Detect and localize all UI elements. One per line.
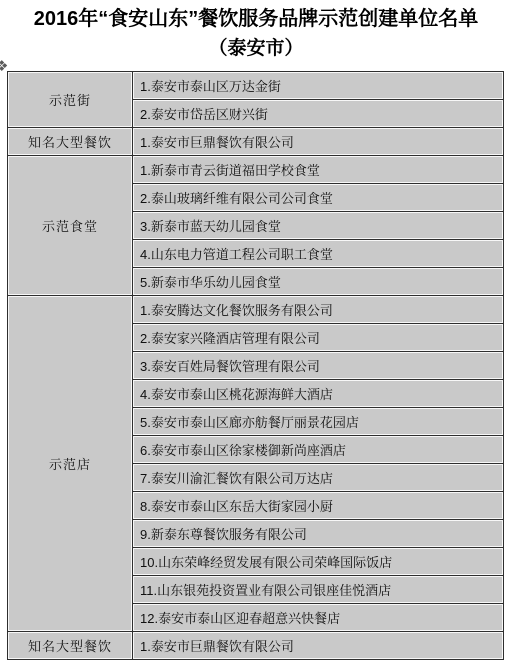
unit-cell: 2.泰山玻璃纤维有限公司公司食堂 [133, 184, 504, 212]
unit-cell: 3.泰安百姓局餐饮管理有限公司 [133, 352, 504, 380]
units-table: 示范街1.泰安市泰山区万达金街2.泰安市岱岳区财兴街知名大型餐饮1.泰安市巨鼎餐… [7, 71, 504, 660]
unit-cell: 2.泰安市岱岳区财兴街 [133, 100, 504, 128]
table-row: 知名大型餐饮1.泰安市巨鼎餐饮有限公司 [8, 632, 504, 660]
unit-cell: 4.泰安市泰山区桃花源海鲜大酒店 [133, 380, 504, 408]
unit-cell: 1.泰安市巨鼎餐饮有限公司 [133, 128, 504, 156]
unit-cell: 5.泰安市泰山区廊亦舫餐厅丽景花园店 [133, 408, 504, 436]
unit-cell: 7.泰安川渝汇餐饮有限公司万达店 [133, 464, 504, 492]
category-cell: 示范店 [8, 296, 133, 632]
unit-cell: 5.新泰市华乐幼儿园食堂 [133, 268, 504, 296]
unit-cell: 1.新泰市青云街道福田学校食堂 [133, 156, 504, 184]
category-cell: 示范食堂 [8, 156, 133, 296]
table-row: 示范街1.泰安市泰山区万达金街 [8, 72, 504, 100]
page-subtitle: （泰安市） [0, 36, 512, 62]
table-row: 示范食堂1.新泰市青云街道福田学校食堂 [8, 156, 504, 184]
unit-cell: 1.泰安市泰山区万达金街 [133, 72, 504, 100]
unit-cell: 6.泰安市泰山区徐家楼御新尚座酒店 [133, 436, 504, 464]
table-row: 知名大型餐饮1.泰安市巨鼎餐饮有限公司 [8, 128, 504, 156]
units-table-body: 示范街1.泰安市泰山区万达金街2.泰安市岱岳区财兴街知名大型餐饮1.泰安市巨鼎餐… [8, 72, 504, 660]
unit-cell: 11.山东银苑投资置业有限公司银座佳悦酒店 [133, 576, 504, 604]
unit-cell: 8.泰安市泰山区东岳大街家园小厨 [133, 492, 504, 520]
table-row: 示范店1.泰安腾达文化餐饮服务有限公司 [8, 296, 504, 324]
unit-cell: 3.新泰市蓝天幼儿园食堂 [133, 212, 504, 240]
unit-cell: 9.新泰东尊餐饮服务有限公司 [133, 520, 504, 548]
unit-cell: 1.泰安腾达文化餐饮服务有限公司 [133, 296, 504, 324]
category-cell: 示范街 [8, 72, 133, 128]
unit-cell: 4.山东电力管道工程公司职工食堂 [133, 240, 504, 268]
unit-cell: 10.山东荣峰经贸发展有限公司荣峰国际饭店 [133, 548, 504, 576]
page-title: 2016年“食安山东”餐饮服务品牌示范创建单位名单 [2, 4, 510, 34]
unit-cell: 12.泰安市泰山区迎春超意兴快餐店 [133, 604, 504, 632]
category-cell: 知名大型餐饮 [8, 128, 133, 156]
unit-cell: 1.泰安市巨鼎餐饮有限公司 [133, 632, 504, 660]
unit-cell: 2.泰安家兴隆酒店管理有限公司 [133, 324, 504, 352]
category-cell: 知名大型餐饮 [8, 632, 133, 660]
